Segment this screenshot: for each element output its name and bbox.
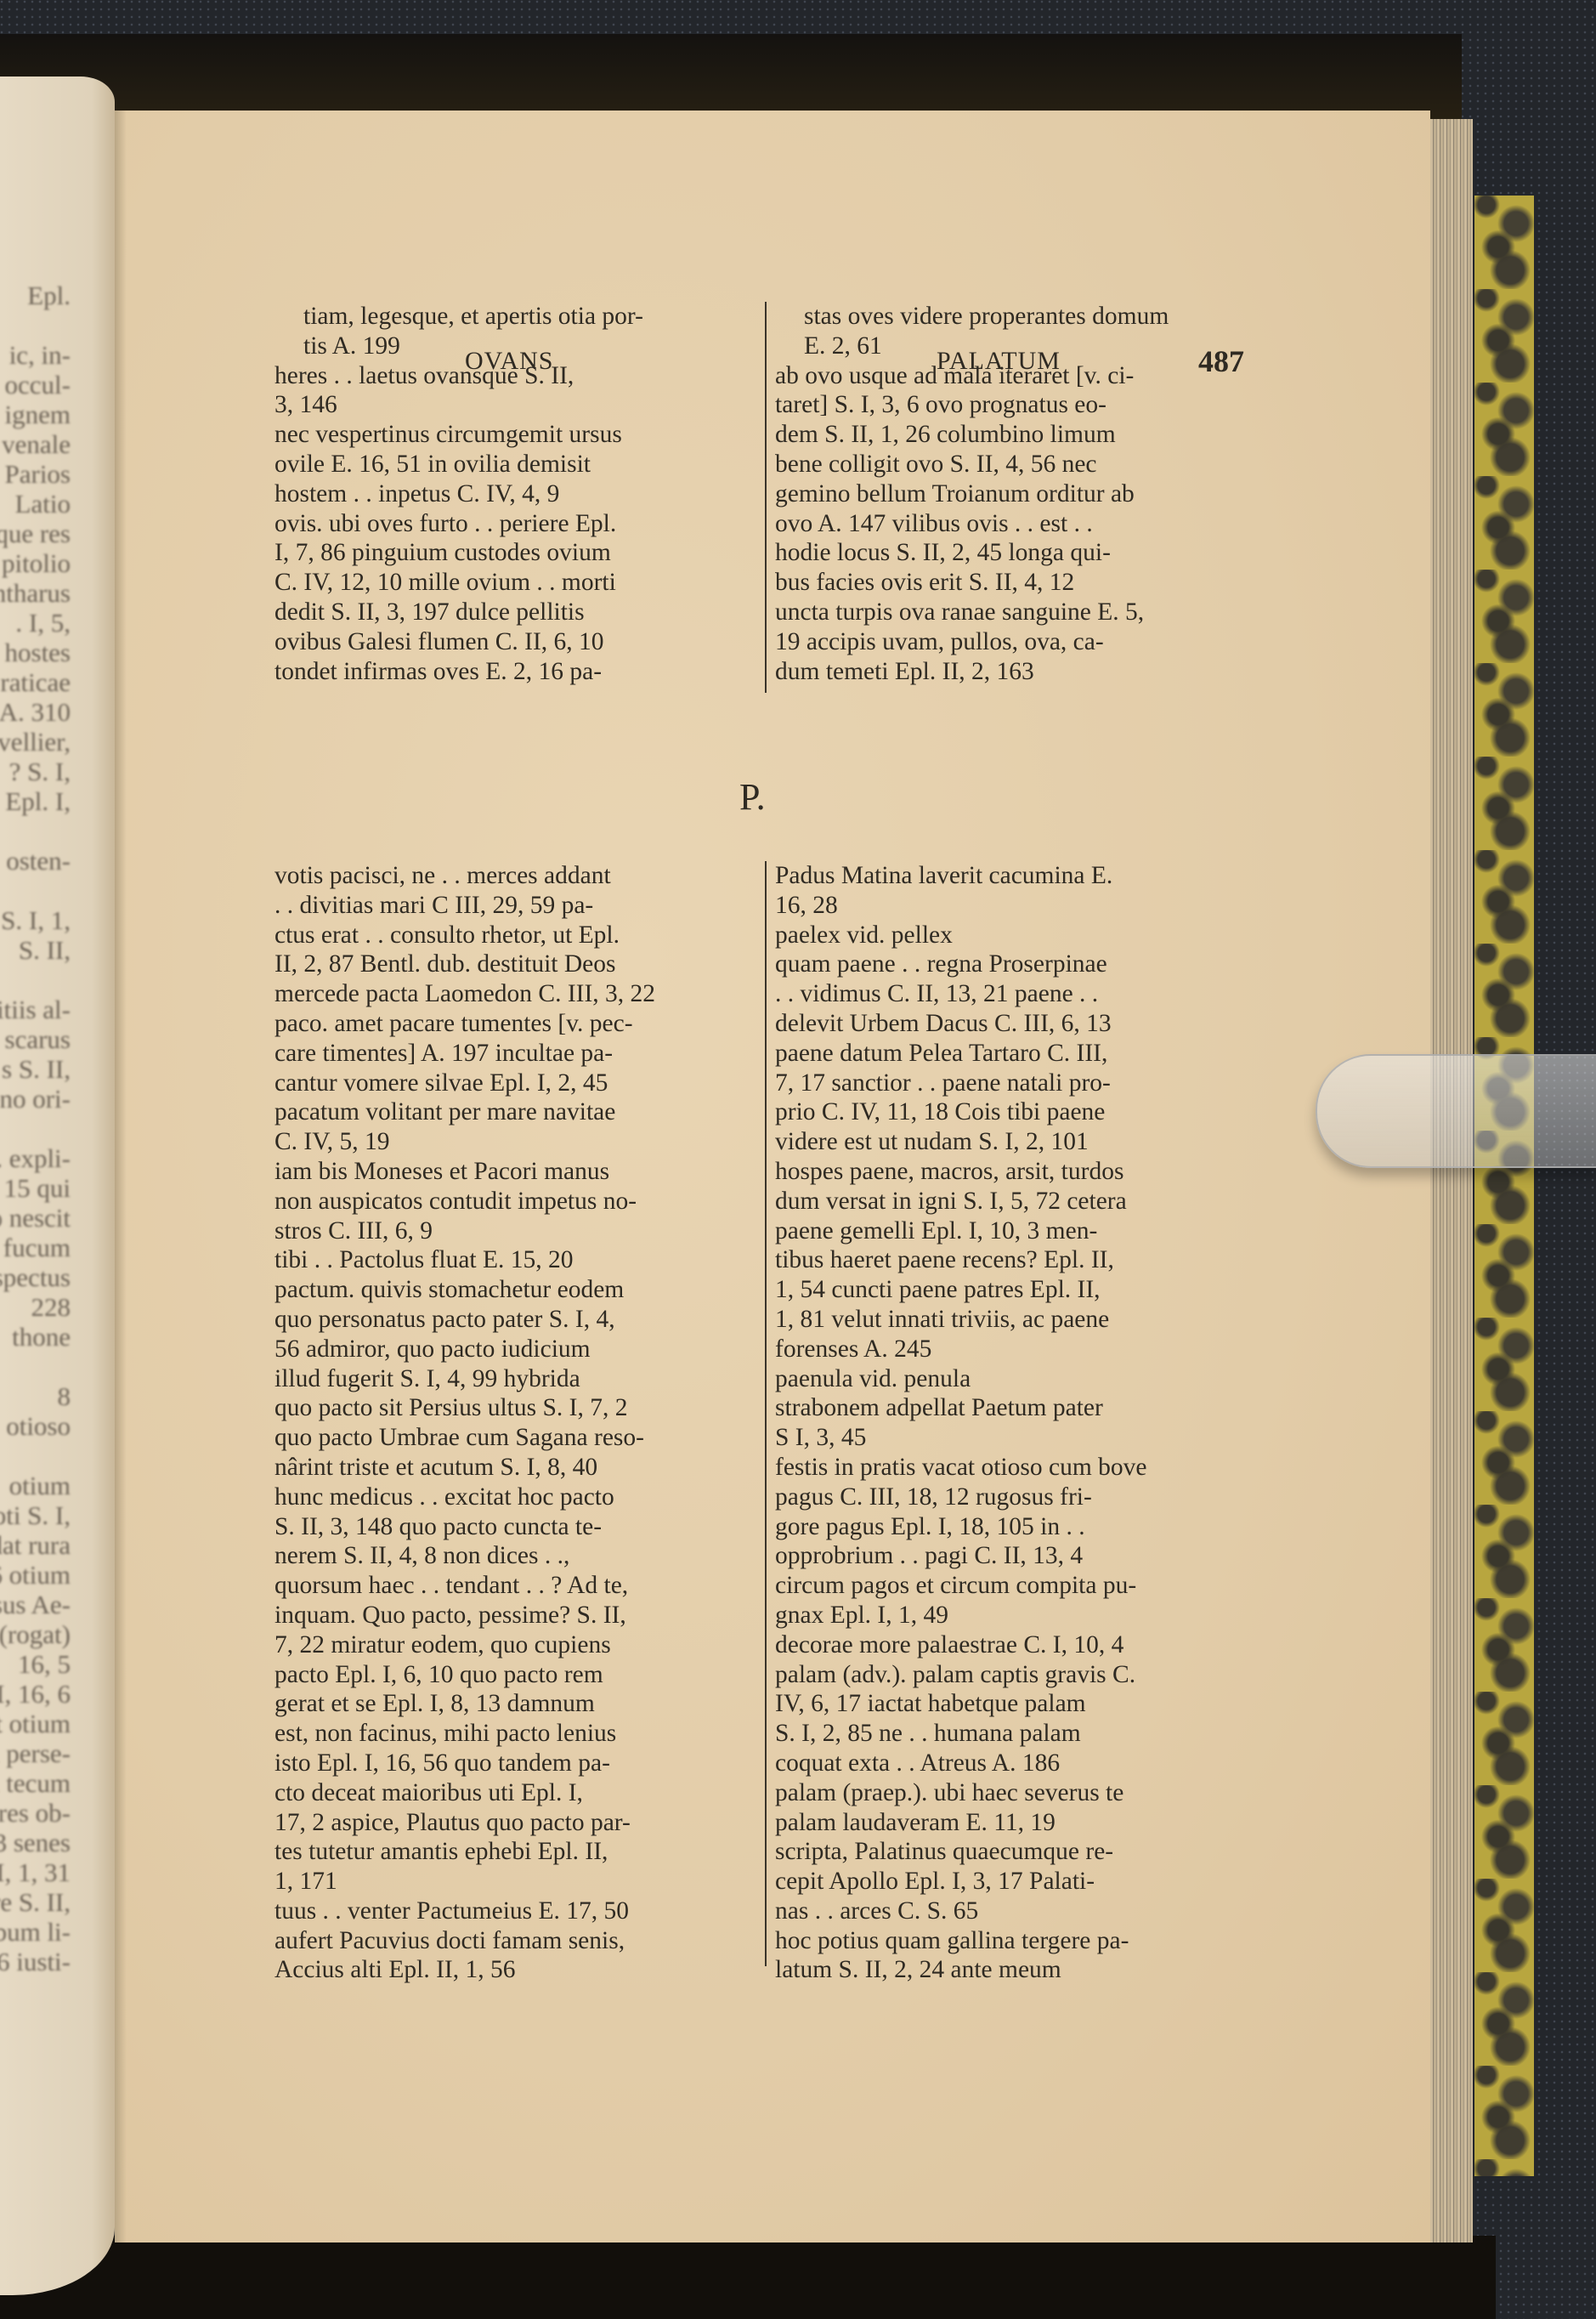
facing-page-line <box>0 876 71 905</box>
dictionary-entry: tiam, legesque, et apertis otia por-tis … <box>274 302 759 361</box>
entry-line: nerem S. II, 4, 8 non dices . ., <box>303 1541 759 1571</box>
entry-line: 3, 146 <box>303 390 759 420</box>
entry-line: bus facies ovis erit S. II, 4, 12 <box>804 568 1259 598</box>
dictionary-entry: decorae more palaestrae C. I, 10, 4 <box>775 1630 1259 1660</box>
facing-page-line: 3 senes <box>0 1828 71 1857</box>
entry-line: hodie locus S. II, 2, 45 longa qui- <box>804 538 1259 568</box>
entry-line: Accius alti Epl. II, 1, 56 <box>303 1955 759 1985</box>
dictionary-entry: tuus . . venter Pactumeius E. 17, 50 <box>274 1897 759 1926</box>
entry-line: tuus . . venter Pactumeius E. 17, 50 <box>303 1897 759 1926</box>
entry-line: strabonem adpellat Paetum pater <box>804 1393 1259 1423</box>
facing-page-line <box>0 1114 71 1143</box>
entry-line: dem S. II, 1, 26 columbino limum <box>804 420 1259 450</box>
entry-line: pagus C. III, 18, 12 rugosus fri- <box>804 1483 1259 1512</box>
entry-line: ovo A. 147 vilibus ovis . . est . . <box>804 509 1259 539</box>
dictionary-entry: ab ovo usque ad mala iteraret [v. ci-tar… <box>775 361 1259 687</box>
entry-line: E. 2, 61 <box>804 332 1259 361</box>
facing-page-line: . expli- <box>0 1143 71 1173</box>
entry-line: gerat et se Epl. I, 8, 13 damnum <box>303 1689 759 1719</box>
facing-page-line: thone <box>0 1322 71 1352</box>
facing-page-line <box>0 965 71 995</box>
facing-page-line: osten- <box>0 846 71 876</box>
entry-line: 7, 22 miratur eodem, quo cupiens <box>303 1630 759 1660</box>
facing-page-line: Epl. <box>0 281 71 310</box>
entry-line: 1, 171 <box>303 1867 759 1897</box>
entry-line: ovis. ubi oves furto . . periere Epl. <box>303 509 759 539</box>
facing-page-line: o nescit <box>0 1203 71 1233</box>
entry-line: dedit S. II, 3, 197 dulce pellitis <box>303 598 759 627</box>
facing-page-line: hostes <box>0 638 71 667</box>
entry-line: bene colligit ovo S. II, 4, 56 nec <box>804 450 1259 479</box>
entry-line: ab ovo usque ad mala iteraret [v. ci- <box>804 361 1259 391</box>
entry-line: mercede pacta Laomedon C. III, 3, 22 <box>303 979 759 1009</box>
entry-line: ctus erat . . consulto rhetor, ut Epl. <box>303 921 759 950</box>
entry-line: hunc medicus . . excitat hoc pacto <box>303 1483 759 1512</box>
facing-page-line: avellier, <box>0 727 71 757</box>
facing-page-line: Epl. I, <box>0 786 71 816</box>
facing-page-line: ntharus <box>0 578 71 608</box>
facing-page-line <box>0 310 71 340</box>
facing-page-text: Epl.ic, in-occul-ignemvenalePariosLatioq… <box>0 281 71 1976</box>
entry-line: cepit Apollo Epl. I, 3, 17 Palati- <box>804 1867 1259 1897</box>
entry-line: II, 2, 87 Bentl. dub. destituit Deos <box>303 950 759 979</box>
facing-page-line: S. II, <box>0 935 71 965</box>
entry-line: paene gemelli Epl. I, 10, 3 men- <box>804 1216 1259 1246</box>
entry-line: festis in pratis vacat otioso cum bove <box>804 1453 1259 1483</box>
entry-line: taret] S. I, 3, 6 ovo prognatus eo- <box>804 390 1259 420</box>
entry-line: 19 accipis uvam, pullos, ova, ca- <box>804 627 1259 657</box>
entry-line: tes tutetur amantis ephebi Epl. II, <box>303 1837 759 1867</box>
facing-page-line: itiis al- <box>0 995 71 1024</box>
entry-line: non auspicatos contudit impetus no- <box>303 1187 759 1216</box>
entry-line: opprobrium . . pagi C. II, 13, 4 <box>804 1541 1259 1571</box>
facing-page-line: 6 otium <box>0 1560 71 1590</box>
facing-page-line: ni tecum <box>0 1768 71 1798</box>
entry-line: 1, 54 cuncti paene patres Epl. II, <box>804 1275 1259 1305</box>
facing-page-line: dat rura <box>0 1530 71 1560</box>
entry-line: nârint triste et acutum S. I, 8, 40 <box>303 1453 759 1483</box>
facing-page-line: re S. II, <box>0 1887 71 1917</box>
entry-line: circum pagos et circum compita pu- <box>804 1571 1259 1601</box>
dictionary-entry: nec vespertinus circumgemit ursusovile E… <box>274 420 759 508</box>
entry-line: stros C. III, 6, 9 <box>303 1216 759 1246</box>
entry-line: hostem . . inpetus C. IV, 4, 9 <box>303 479 759 509</box>
entry-line: uncta turpis ova ranae sanguine E. 5, <box>804 598 1259 627</box>
facing-page-line: 6 iusti- <box>0 1947 71 1976</box>
facing-page-line: I, 16, 6 <box>0 1679 71 1709</box>
column-bottom-right: Padus Matina laverit cacumina E.16, 28pa… <box>775 861 1259 1985</box>
entry-line: S. II, 3, 148 quo pacto cuncta te- <box>303 1512 759 1542</box>
facing-page-line: fucum <box>0 1233 71 1262</box>
entry-line: iam bis Moneses et Pacori manus <box>303 1157 759 1187</box>
entry-line: tondet infirmas oves E. 2, 16 pa- <box>303 657 759 687</box>
facing-page-line: eno ori- <box>0 1084 71 1114</box>
facing-page-line: venale <box>0 429 71 459</box>
facing-page-line: ? S. I, <box>0 757 71 786</box>
entry-line: votis pacisci, ne . . merces addant <box>303 861 759 891</box>
dictionary-entry: paenula vid. penula <box>775 1364 1259 1394</box>
facing-page-line: 228 <box>0 1292 71 1322</box>
entry-line: quo pacto sit Persius ultus S. I, 7, 2 <box>303 1393 759 1423</box>
facing-page-line: I, 1, 31 <box>0 1857 71 1887</box>
entry-line: nec vespertinus circumgemit ursus <box>303 420 759 450</box>
dictionary-entry: heres . . laetus ovansque S. II,3, 146 <box>274 361 759 421</box>
column-divider-top <box>765 302 767 693</box>
facing-page-line: S. I, 1, <box>0 905 71 935</box>
dictionary-entry: paelex vid. pellex <box>775 921 1259 950</box>
facing-page-line: oti S. I, <box>0 1500 71 1530</box>
entry-line: C. IV, 5, 19 <box>303 1127 759 1157</box>
entry-line: . . divitias mari C III, 29, 59 pa- <box>303 891 759 921</box>
entry-line: cantur vomere silvae Epl. I, 2, 45 <box>303 1069 759 1098</box>
facing-page-line: raticae <box>0 667 71 697</box>
facing-page-line: si perse- <box>0 1738 71 1768</box>
facing-page-line: ic, in- <box>0 340 71 370</box>
facing-page-line: occul- <box>0 370 71 400</box>
facing-page-line: Latio <box>0 489 71 519</box>
section-letter-heading: P. <box>739 775 766 819</box>
facing-page-line: 8 <box>0 1381 71 1411</box>
entry-line: quo personatus pacto pater S. I, 4, <box>303 1305 759 1335</box>
entry-line: pacto Epl. I, 6, 10 quo pacto rem <box>303 1660 759 1690</box>
facing-page-line: A. 310 <box>0 697 71 727</box>
entry-line: isto Epl. I, 16, 56 quo tandem pa- <box>303 1749 759 1778</box>
entry-line: ovile E. 16, 51 in ovilia demisit <box>303 450 759 479</box>
entry-line: pactum. quivis stomachetur eodem <box>303 1275 759 1305</box>
dictionary-entry: palam (praep.). ubi haec severus tepalam… <box>775 1778 1259 1838</box>
entry-line: dum temeti Epl. II, 2, 163 <box>804 657 1259 687</box>
facing-page-line: nspectus <box>0 1262 71 1292</box>
facing-page-line <box>0 1441 71 1471</box>
entry-line: stas oves videre properantes domum <box>804 302 1259 332</box>
facing-page-line: 15 qui <box>0 1173 71 1203</box>
entry-line: prio C. IV, 11, 18 Cois tibi paene <box>804 1097 1259 1127</box>
entry-line: C. IV, 12, 10 mille ovium . . morti <box>303 568 759 598</box>
entry-line: paene datum Pelea Tartaro C. III, <box>804 1039 1259 1069</box>
facing-page-line: s S. II, <box>0 1054 71 1084</box>
entry-line: I, 7, 86 pinguium custodes ovium <box>303 538 759 568</box>
entry-line: quo pacto Umbrae cum Sagana reso- <box>303 1423 759 1453</box>
facing-page-line: pitolio <box>0 548 71 578</box>
dictionary-entry: ovis. ubi oves furto . . periere Epl.I, … <box>274 509 759 687</box>
column-top-right: stas oves videre properantes domumE. 2, … <box>775 302 1259 686</box>
entry-line: . . vidimus C. II, 13, 21 paene . . <box>804 979 1259 1009</box>
entry-line: paelex vid. pellex <box>804 921 1259 950</box>
dictionary-entry: palam (adv.). palam captis gravis C.IV, … <box>775 1660 1259 1778</box>
entry-line: delevit Urbem Dacus C. III, 6, 13 <box>804 1009 1259 1039</box>
entry-line: palam (praep.). ubi haec severus te <box>804 1778 1259 1808</box>
entry-line: dum versat in igni S. I, 5, 72 cetera <box>804 1187 1259 1216</box>
entry-line: gore pagus Epl. I, 18, 105 in . . <box>804 1512 1259 1542</box>
entry-line: scripta, Palatinus quaecumque re- <box>804 1837 1259 1867</box>
entry-line: tiam, legesque, et apertis otia por- <box>303 302 759 332</box>
dictionary-entry: Padus Matina laverit cacumina E.16, 28 <box>775 861 1259 921</box>
facing-page-line: . I, 5, <box>0 608 71 638</box>
facing-page-line: nsus Ae- <box>0 1590 71 1619</box>
book-page-487: OVANS PALATUM 487 tiam, legesque, et ape… <box>115 111 1430 2242</box>
facing-page-line: que res <box>0 519 71 548</box>
entry-line: paco. amet pacare tumentes [v. pec- <box>303 1009 759 1039</box>
page-holder-clip <box>1316 1054 1596 1168</box>
dictionary-entry: pactum. quivis stomachetur eodemquo pers… <box>274 1275 759 1897</box>
book-shadow-bottom <box>0 2236 1496 2319</box>
facing-page-line: Parios <box>0 459 71 489</box>
facing-page-line: (rogat) <box>0 1619 71 1649</box>
facing-page-line: et otium <box>0 1709 71 1738</box>
entry-line: cto deceat maioribus uti Epl. I, <box>303 1778 759 1808</box>
entry-line: care timentes] A. 197 incultae pa- <box>303 1039 759 1069</box>
dictionary-entry: scripta, Palatinus quaecumque re-cepit A… <box>775 1837 1259 1925</box>
facing-page-left: Epl.ic, in-occul-ignemvenalePariosLatioq… <box>0 77 115 2295</box>
facing-page-line: ignem <box>0 400 71 429</box>
entry-line: 1, 81 velut innati triviis, ac paene <box>804 1305 1259 1335</box>
entry-line: 16, 28 <box>804 891 1259 921</box>
entry-line: tis A. 199 <box>303 332 759 361</box>
entry-line: illud fugerit S. I, 4, 99 hybrida <box>303 1364 759 1394</box>
entry-line: hospes paene, macros, arsit, turdos <box>804 1157 1259 1187</box>
entry-line: ovibus Galesi flumen C. II, 6, 10 <box>303 627 759 657</box>
entry-line: 17, 2 aspice, Plautus quo pacto par- <box>303 1808 759 1838</box>
entry-line: latum S. II, 2, 24 ante meum <box>804 1955 1259 1985</box>
facing-page-line: 16, 5 <box>0 1649 71 1679</box>
facing-page-line: otioso <box>0 1411 71 1441</box>
entry-line: forenses A. 245 <box>804 1335 1259 1364</box>
facing-page-line <box>0 1352 71 1381</box>
facing-page-line <box>0 816 71 846</box>
entry-line: palam (adv.). palam captis gravis C. <box>804 1660 1259 1690</box>
entry-line: tibi . . Pactolus fluat E. 15, 20 <box>303 1245 759 1275</box>
entry-line: quam paene . . regna Proserpinae <box>804 950 1259 979</box>
entry-line: quorsum haec . . tendant . . ? Ad te, <box>303 1571 759 1601</box>
gutter-shadow <box>115 111 127 2242</box>
entry-line: tibus haeret paene recens? Epl. II, <box>804 1245 1259 1275</box>
dictionary-entry: hoc potius quam gallina tergere pa-latum… <box>775 1926 1259 1986</box>
entry-line: pacatum volitant per mare navitae <box>303 1097 759 1127</box>
column-top-left: tiam, legesque, et apertis otia por-tis … <box>274 302 759 686</box>
entry-line: 7, 17 sanctior . . paene natali pro- <box>804 1069 1259 1098</box>
dictionary-entry: aufert Pacuvius docti famam senis,Accius… <box>274 1926 759 1986</box>
facing-page-line: scarus <box>0 1024 71 1054</box>
entry-line: Padus Matina laverit cacumina E. <box>804 861 1259 891</box>
entry-line: est, non facinus, mihi pacto lenius <box>303 1719 759 1749</box>
entry-line: palam laudaveram E. 11, 19 <box>804 1808 1259 1838</box>
dictionary-entry: quam paene . . regna Proserpinae. . vidi… <box>775 950 1259 1364</box>
marbled-cover-edge <box>1474 196 1534 2176</box>
dictionary-entry: paco. amet pacare tumentes [v. pec-care … <box>274 1009 759 1157</box>
entry-line: gnax Epl. I, 1, 49 <box>804 1601 1259 1630</box>
facing-page-line: otium <box>0 1471 71 1500</box>
entry-line: 56 admiror, quo pacto iudicium <box>303 1335 759 1364</box>
entry-line: IV, 6, 17 iactat habetque palam <box>804 1689 1259 1719</box>
entry-line: hoc potius quam gallina tergere pa- <box>804 1926 1259 1956</box>
page-edges <box>1430 119 1473 2242</box>
entry-line: heres . . laetus ovansque S. II, <box>303 361 759 391</box>
dictionary-entry: strabonem adpellat Paetum paterS I, 3, 4… <box>775 1393 1259 1453</box>
entry-line: decorae more palaestrae C. I, 10, 4 <box>804 1630 1259 1660</box>
entry-line: aufert Pacuvius docti famam senis, <box>303 1926 759 1956</box>
column-bottom-left: votis pacisci, ne . . merces addant. . d… <box>274 861 759 1985</box>
facing-page-line: leres ob- <box>0 1798 71 1828</box>
entry-line: paenula vid. penula <box>804 1364 1259 1394</box>
dictionary-entry: iam bis Moneses et Pacori manusnon auspi… <box>274 1157 759 1245</box>
column-divider-bottom <box>765 861 767 1966</box>
entry-line: nas . . arces C. S. 65 <box>804 1897 1259 1926</box>
entry-line: coquat exta . . Atreus A. 186 <box>804 1749 1259 1778</box>
dictionary-entry: tibi . . Pactolus fluat E. 15, 20 <box>274 1245 759 1275</box>
entry-line: inquam. Quo pacto, pessime? S. II, <box>303 1601 759 1630</box>
entry-line: gemino bellum Troianum orditur ab <box>804 479 1259 509</box>
dictionary-entry: votis pacisci, ne . . merces addant. . d… <box>274 861 759 1009</box>
entry-line: S I, 3, 45 <box>804 1423 1259 1453</box>
dictionary-entry: stas oves videre properantes domumE. 2, … <box>775 302 1259 361</box>
dictionary-entry: festis in pratis vacat otioso cum bovepa… <box>775 1453 1259 1630</box>
facing-page-line: rabum li- <box>0 1917 71 1947</box>
entry-line: S. I, 2, 85 ne . . humana palam <box>804 1719 1259 1749</box>
entry-line: videre est ut nudam S. I, 2, 101 <box>804 1127 1259 1157</box>
